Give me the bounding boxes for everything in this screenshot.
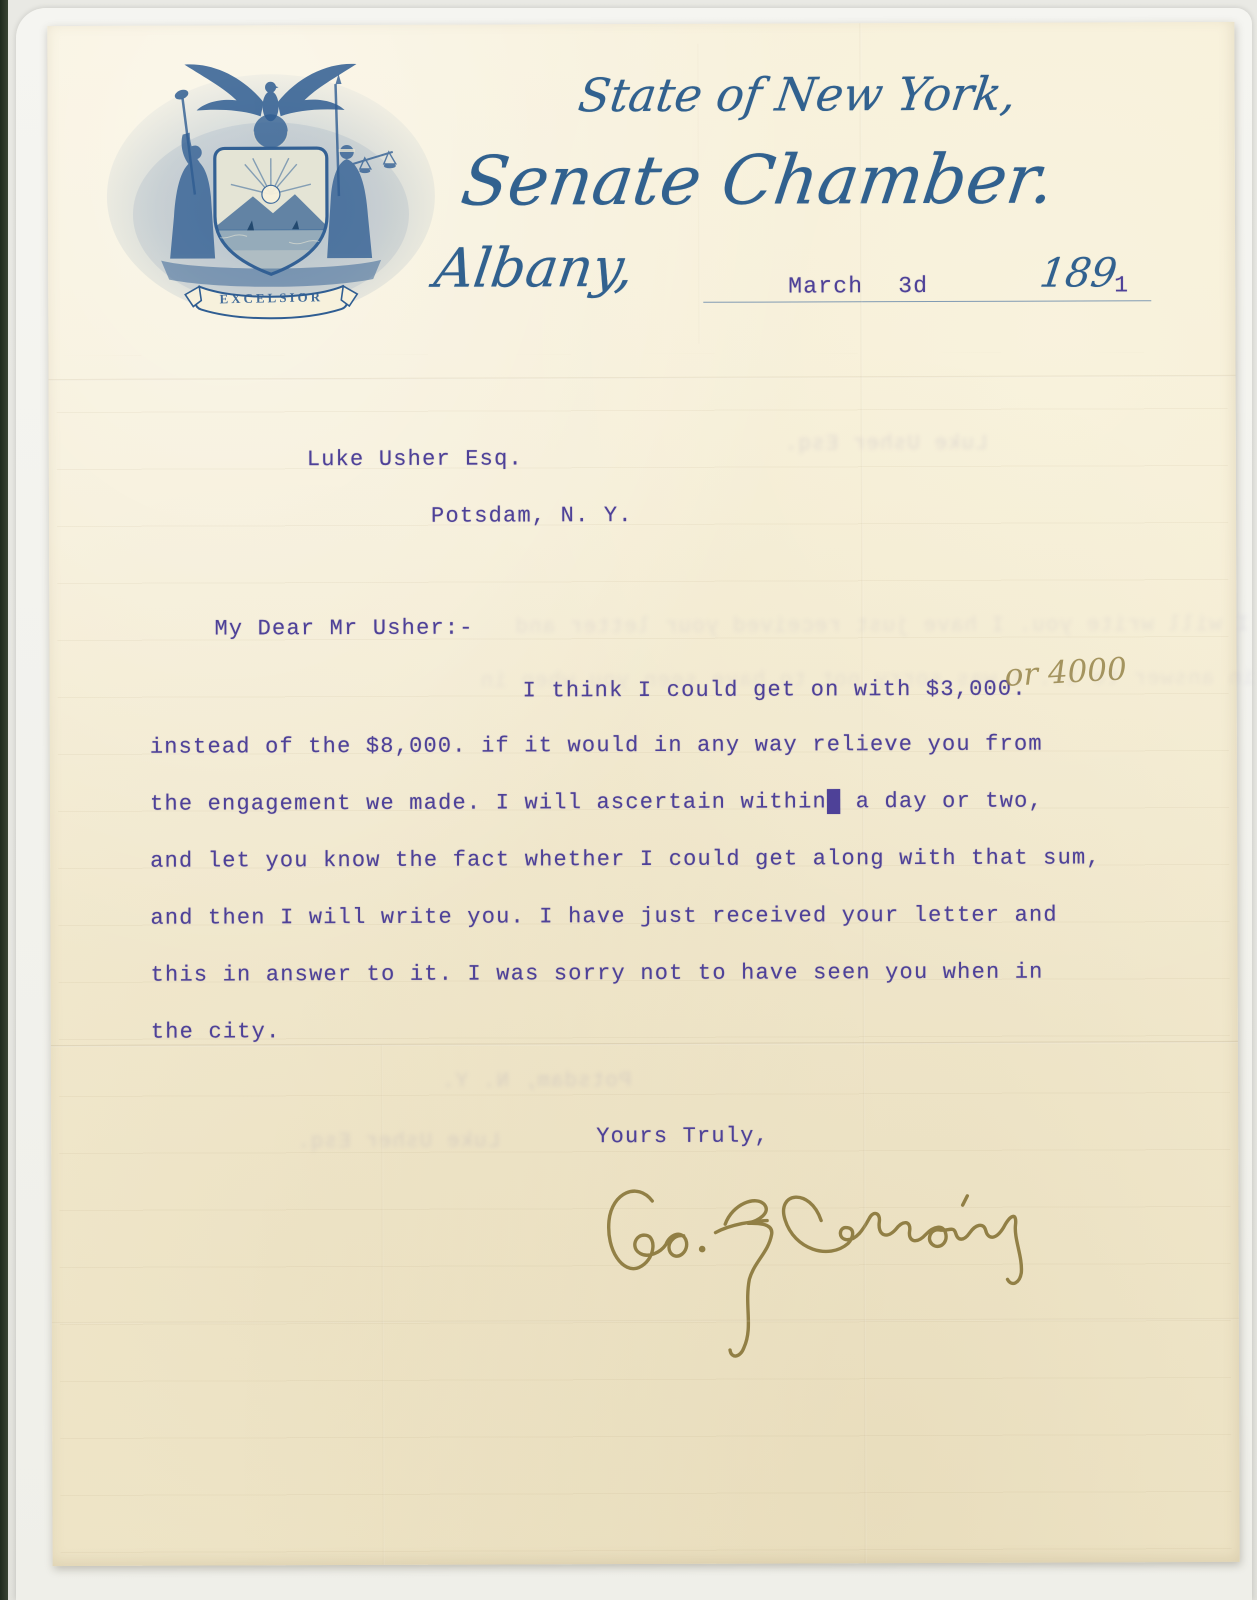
date-day: 3d	[898, 273, 928, 299]
fold-crease-vertical	[381, 1045, 385, 1565]
scan-edge-shadow	[0, 0, 8, 1600]
salutation: My Dear Mr Usher:-	[214, 616, 473, 642]
body-line: instead of the $8,000. if it would in an…	[150, 731, 1101, 791]
letterhead-city-line: Albany,	[431, 236, 638, 300]
body-line: and then I will write you. I have just r…	[150, 902, 1101, 962]
date-year-typed: 1	[1114, 272, 1129, 298]
body-paragraph: instead of the $8,000. if it would in an…	[150, 731, 1102, 1076]
letterhead-chamber-line: Senate Chamber.	[372, 140, 1143, 222]
signature	[556, 1159, 1037, 1366]
signature-ink-strokes	[556, 1159, 1037, 1366]
letterhead-state-line: State of New York,	[444, 66, 1151, 122]
body-line: and let you know the fact whether I coul…	[150, 845, 1101, 905]
fold-crease-horizontal	[49, 375, 1236, 381]
recipient-city: Potsdam, N. Y.	[431, 503, 633, 529]
date-year-printed: 189	[1037, 250, 1120, 296]
date-rule-line	[703, 300, 1151, 303]
bleedthrough-text: Luke Usher Esq.	[784, 433, 988, 457]
body-line: this in answer to it. I was sorry not to…	[151, 959, 1102, 1019]
body-opening-line: I think I could get on with $3,000.	[523, 677, 1027, 704]
bleedthrough-text: Luke Usher Esq.	[296, 1131, 500, 1155]
scanned-letter-image: EXCELSIOR State of New York, Senate Cham…	[0, 0, 1257, 1600]
valediction: Yours Truly,	[596, 1124, 769, 1150]
letter-page: EXCELSIOR State of New York, Senate Cham…	[47, 22, 1239, 1566]
bleedthrough-text: and then I will write you. I have just r…	[514, 613, 1257, 639]
recipient-name: Luke Usher Esq.	[307, 446, 523, 472]
handwritten-annotation: or 4000	[1004, 651, 1128, 694]
body-line: the engagement we made. I will ascertain…	[150, 788, 1101, 848]
date-month: March	[788, 273, 863, 299]
body-line: the city.	[151, 1016, 1102, 1076]
crest-motto: EXCELSIOR	[219, 289, 323, 307]
